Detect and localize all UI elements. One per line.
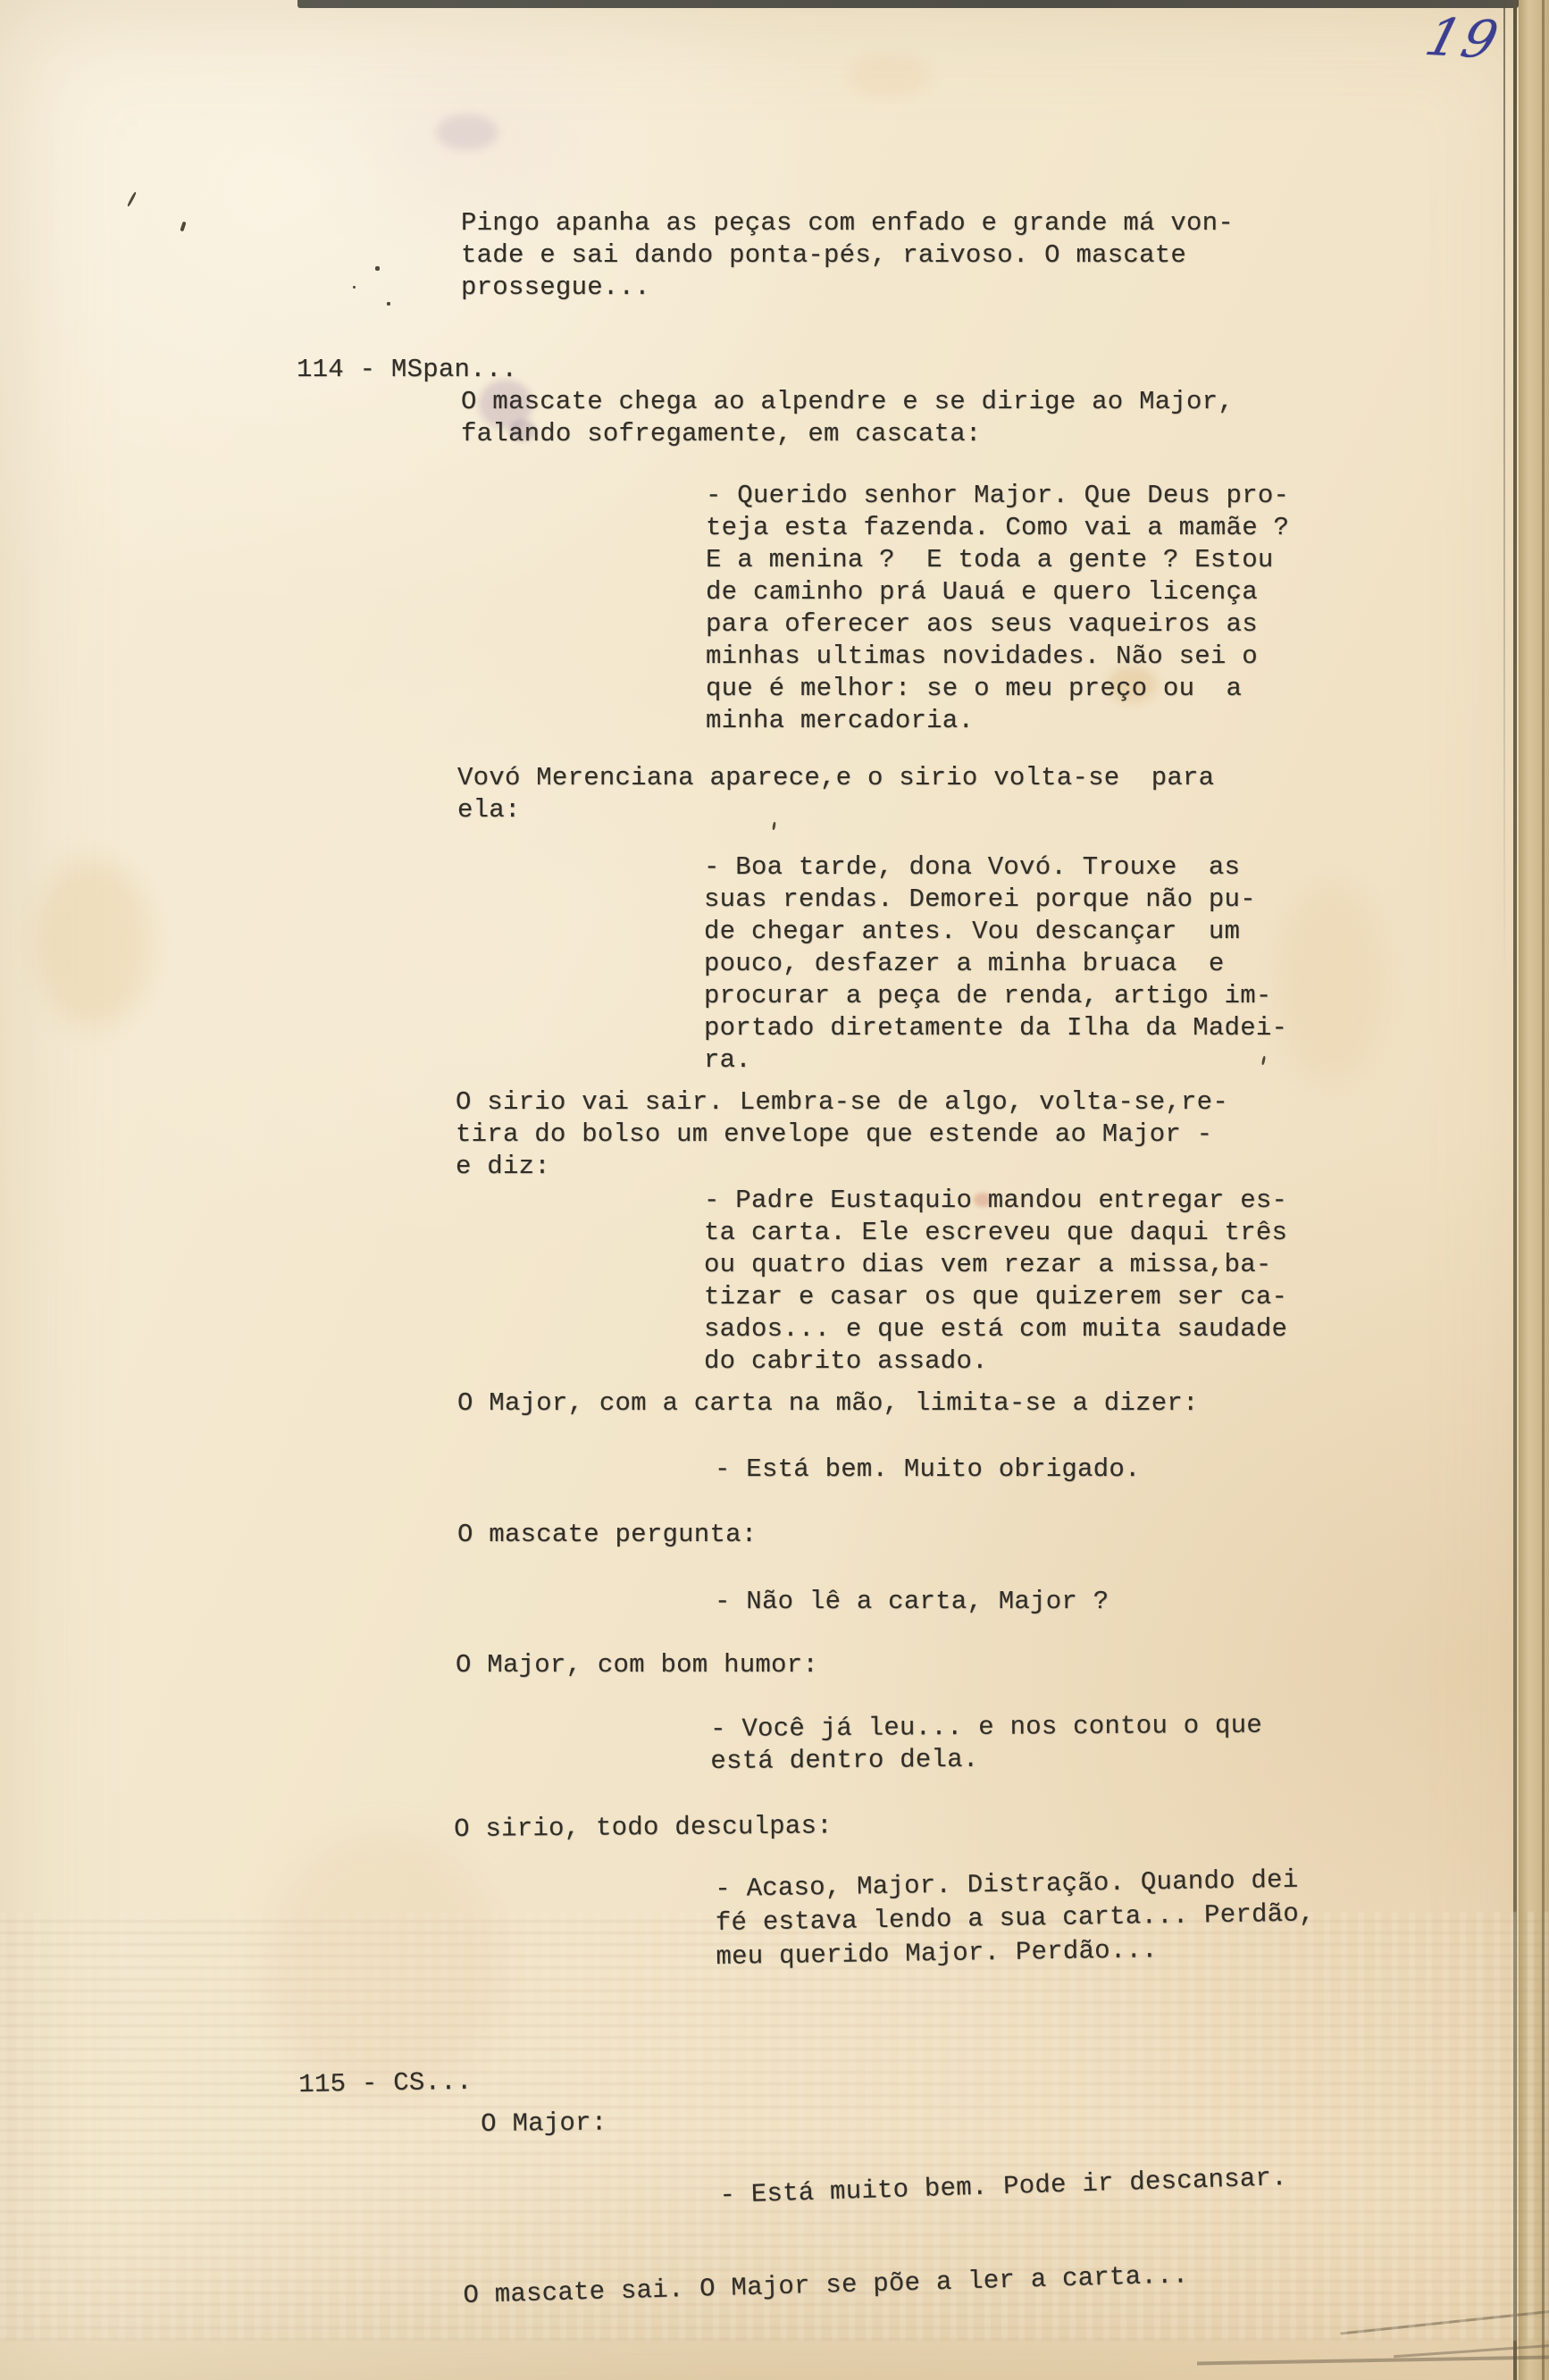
page-corner-edge (1197, 2356, 1549, 2366)
ink-speck (375, 266, 380, 271)
action-vovo-aparece: Vovó Merenciana aparece,e o sirio volta-… (457, 762, 1214, 826)
ink-speck (387, 302, 390, 306)
paper-stain (36, 858, 152, 1027)
action-major-115: O Major: (481, 2108, 607, 2141)
dialogue-major-esta-bem: - Está bem. Muito obrigado. (715, 1454, 1141, 1486)
ink-speck (127, 191, 137, 206)
script-page-scan: 19 Pingo apanha as peças com enfado e gr… (0, 0, 1549, 2380)
action-major-bom-humor: O Major, com bom humor: (456, 1649, 818, 1681)
ink-speck (353, 286, 356, 289)
action-sirio-envelope: O sirio vai sair. Lembra-se de algo, vol… (456, 1086, 1228, 1183)
action-intro: Pingo apanha as peças com enfado e grand… (461, 207, 1234, 304)
page-edge-line (1513, 0, 1517, 2380)
dialogue-major-ja-leu: - Você já leu... e nos contou o que está… (710, 1710, 1262, 1778)
page-edge-line (1542, 0, 1545, 2380)
paper-stain (436, 114, 498, 150)
dialogue-mascate-vovo: - Boa tarde, dona Vovó. Trouxe as suas r… (704, 851, 1287, 1077)
page-edge-line (1503, 0, 1505, 983)
action-scene-114: O mascate chega ao alpendre e se dirige … (461, 386, 1234, 450)
paper-stain (849, 54, 929, 98)
dialogue-padre-carta: - Padre Eustaquio mandou entregar es- ta… (704, 1185, 1287, 1378)
dialogue-major-descansar: - Está muito bem. Pode ir descansar. (719, 2162, 1287, 2212)
ink-speck (180, 222, 186, 232)
action-major-carta: O Major, com a carta na mão, limita-se a… (457, 1387, 1199, 1420)
dialogue-sirio-acaso: - Acaso, Major. Distração. Quando dei fé… (715, 1863, 1316, 1974)
paper-stain (1277, 884, 1385, 1081)
action-sirio-desculpas: O sirio, todo desculpas: (454, 1810, 833, 1846)
action-mascate-pergunta: O mascate pergunta: (457, 1519, 757, 1551)
scan-top-edge (297, 0, 1519, 8)
paper-stain (268, 1831, 500, 2099)
page-corner-edge (1341, 2309, 1549, 2334)
action-closing: O mascate sai. O Major se põe a ler a ca… (463, 2259, 1189, 2312)
dialogue-mascate-nao-le: - Não lê a carta, Major ? (715, 1586, 1109, 1618)
scene-header-115: 115 - CS... (298, 2066, 473, 2101)
handwritten-page-number: 19 (1419, 7, 1506, 69)
dialogue-mascate-major: - Querido senhor Major. Que Deus pro- te… (706, 480, 1289, 737)
scene-header-114: 114 - MSpan... (297, 354, 517, 386)
